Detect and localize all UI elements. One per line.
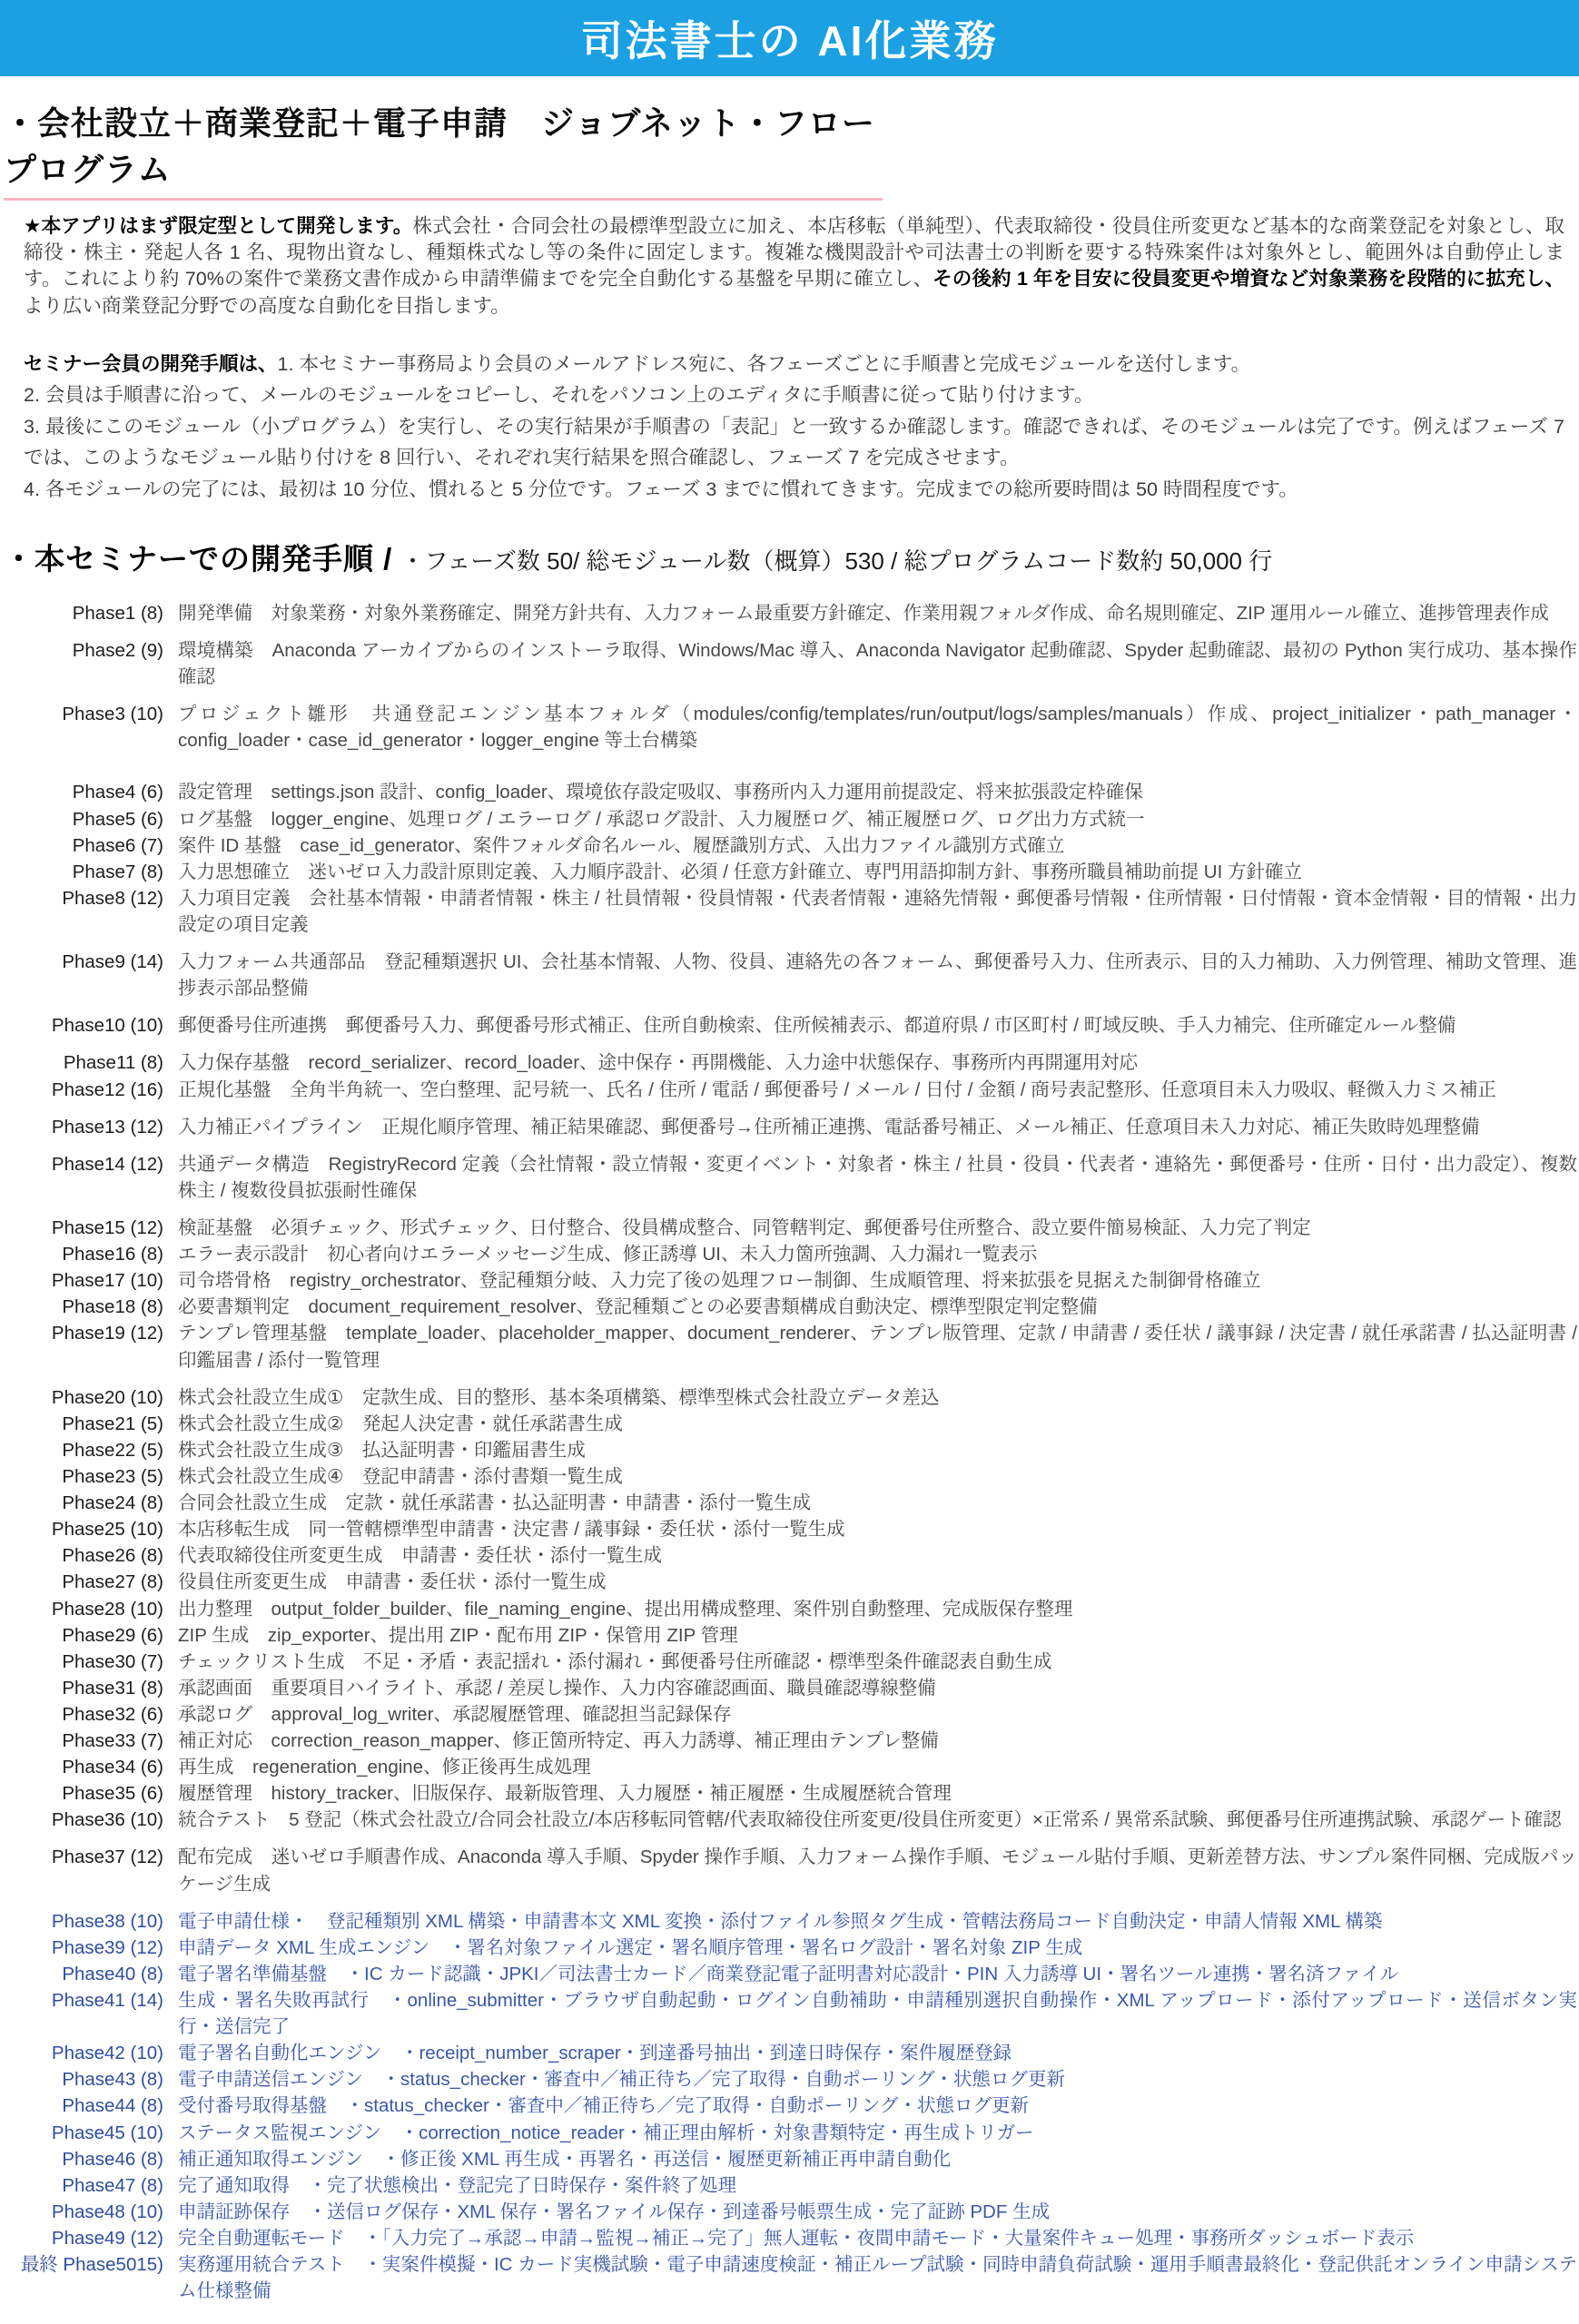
phase-label: Phase21 (5) xyxy=(0,1411,178,1437)
phase-description: プロジェクト雛形 共通登記エンジン基本フォルダ（modules/config/t… xyxy=(178,701,1579,753)
phase-label: Phase6 (7) xyxy=(0,832,178,859)
phase-row: Phase36 (10) 統合テスト 5 登記（株式会社設立/合同会社設立/本店… xyxy=(0,1807,1579,1833)
phase-label: Phase25 (10) xyxy=(0,1516,178,1542)
phase-row: Phase14 (12) 共通データ構造 RegistryRecord 定義（会… xyxy=(0,1151,1579,1204)
phase-description: ログ基盤 logger_engine、処理ログ / エラーログ / 承認ログ設計… xyxy=(178,806,1579,832)
phase-row: Phase22 (5) 株式会社設立生成③ 払込証明書・印鑑届書生成 xyxy=(0,1437,1579,1463)
phase-label: Phase23 (5) xyxy=(0,1463,178,1490)
phase-label: Phase49 (12) xyxy=(0,2225,178,2251)
phase-label: Phase24 (8) xyxy=(0,1490,178,1516)
phase-row: Phase3 (10) プロジェクト雛形 共通登記エンジン基本フォルダ（modu… xyxy=(0,701,1579,753)
phase-row: Phase48 (10) 申請証跡保存 ・送信ログ保存・XML 保存・署名ファイ… xyxy=(0,2199,1579,2225)
phase-label: Phase2 (9) xyxy=(0,637,178,690)
phase-row: Phase37 (12) 配布完成 迷いゼロ手順書作成、Anaconda 導入手… xyxy=(0,1844,1579,1896)
phase-description: 案件 ID 基盤 case_id_generator、案件フォルダ命名ルール、履… xyxy=(178,832,1579,859)
phase-description: 生成・署名失敗再試行 ・online_submitter・ブラウザ自動起動・ログ… xyxy=(178,1987,1579,2040)
phase-row: Phase19 (12) テンプレ管理基盤 template_loader、pl… xyxy=(0,1320,1579,1373)
phase-label: Phase26 (8) xyxy=(0,1542,178,1569)
phase-label: 最終 Phase5015) xyxy=(0,2251,178,2304)
phase-description: 電子申請仕様・ 登記種類別 XML 構築・申請書本文 XML 変換・添付ファイル… xyxy=(178,1908,1579,1935)
phase-row: Phase18 (8) 必要書類判定 document_requirement_… xyxy=(0,1294,1579,1320)
phase-description: 入力保存基盤 record_serializer、record_loader、途… xyxy=(178,1049,1579,1076)
section2-title: ・本セミナーでの開発手順 / ・フェーズ数 50/ 総モジュール数（概算）530… xyxy=(4,536,1579,578)
phase-row: Phase31 (8) 承認画面 重要項目ハイライト、承認 / 差戻し操作、入力… xyxy=(0,1675,1579,1701)
phase-label: Phase12 (16) xyxy=(0,1077,178,1103)
phase-description: 株式会社設立生成② 発起人決定書・就任承諾書生成 xyxy=(178,1411,1579,1437)
phase-description: 株式会社設立生成③ 払込証明書・印鑑届書生成 xyxy=(178,1437,1579,1463)
phase-row: Phase9 (14) 入力フォーム共通部品 登記種類選択 UI、会社基本情報、… xyxy=(0,949,1579,1001)
phase-label: Phase38 (10) xyxy=(0,1908,178,1935)
phase-description: ステータス監視エンジン ・correction_notice_reader・補正… xyxy=(178,2120,1579,2146)
phase-description: 電子署名準備基盤 ・IC カード認識・JPKI／司法書士カード／商業登記電子証明… xyxy=(178,1961,1579,1987)
phase-description: エラー表示設計 初心者向けエラーメッセージ生成、修正誘導 UI、未入力箇所強調、… xyxy=(178,1241,1579,1267)
phase-row: Phase47 (8) 完了通知取得 ・完了状態検出・登記完了日時保存・案件終了… xyxy=(0,2172,1579,2199)
phase-description: 合同会社設立生成 定款・就任承諾書・払込証明書・申請書・添付一覧生成 xyxy=(178,1490,1579,1516)
phase-description: 申請証跡保存 ・送信ログ保存・XML 保存・署名ファイル保存・到達番号帳票生成・… xyxy=(178,2199,1579,2225)
phase-description: 設定管理 settings.json 設計、config_loader、環境依存… xyxy=(178,779,1579,805)
phase-description: 電子申請送信エンジン ・status_checker・審査中／補正待ち／完了取得… xyxy=(178,2066,1579,2093)
phase-label: Phase30 (7) xyxy=(0,1649,178,1675)
phase-row: Phase11 (8) 入力保存基盤 record_serializer、rec… xyxy=(0,1049,1579,1076)
phase-label: Phase17 (10) xyxy=(0,1267,178,1294)
phase-description: 申請データ XML 生成エンジン ・署名対象ファイル選定・署名順序管理・署名ログ… xyxy=(178,1935,1579,1961)
phase-list: Phase1 (8) 開発準備 対象業務・対象外業務確定、開発方針共有、入力フォ… xyxy=(0,600,1579,2304)
phase-label: Phase19 (12) xyxy=(0,1320,178,1373)
phase-description: 役員住所変更生成 申請書・委任状・添付一覧生成 xyxy=(178,1569,1579,1595)
phase-row: Phase23 (5) 株式会社設立生成④ 登記申請書・添付書類一覧生成 xyxy=(0,1463,1579,1490)
page-title: 司法書士の AI化業務 xyxy=(581,8,999,68)
phase-row: Phase8 (12) 入力項目定義 会社基本情報・申請者情報・株主 / 社員情… xyxy=(0,885,1579,938)
phase-row: Phase24 (8) 合同会社設立生成 定款・就任承諾書・払込証明書・申請書・… xyxy=(0,1490,1579,1516)
phase-description: 本店移転生成 同一管轄標準型申請書・決定書 / 議事録・委任状・添付一覧生成 xyxy=(178,1516,1579,1542)
phase-label: Phase8 (12) xyxy=(0,885,178,938)
phase-description: 承認ログ approval_log_writer、承認履歴管理、確認担当記録保存 xyxy=(178,1701,1579,1728)
phase-description: 統合テスト 5 登記（株式会社設立/合同会社設立/本店移転同管轄/代表取締役住所… xyxy=(178,1807,1579,1833)
phase-label: Phase37 (12) xyxy=(0,1844,178,1896)
phase-label: Phase27 (8) xyxy=(0,1569,178,1595)
phase-row: Phase25 (10) 本店移転生成 同一管轄標準型申請書・決定書 / 議事録… xyxy=(0,1516,1579,1542)
phase-label: Phase14 (12) xyxy=(0,1151,178,1204)
procedure-step: 3. 最後にこのモジュール（小プログラム）を実行し、その実行結果が手順書の「表記… xyxy=(24,411,1564,474)
phase-description: 承認画面 重要項目ハイライト、承認 / 差戻し操作、入力内容確認画面、職員確認導… xyxy=(178,1675,1579,1701)
phase-label: Phase1 (8) xyxy=(0,600,178,626)
phase-row: Phase17 (10) 司令塔骨格 registry_orchestrator… xyxy=(0,1267,1579,1294)
phase-row: 最終 Phase5015) 実務運用統合テスト ・実案件模擬・IC カード実機試… xyxy=(0,2251,1579,2304)
phase-row: Phase13 (12) 入力補正パイプライン 正規化順序管理、補正結果確認、郵… xyxy=(0,1114,1579,1140)
phase-row: Phase39 (12) 申請データ XML 生成エンジン ・署名対象ファイル選… xyxy=(0,1935,1579,1961)
section2-title-main: ・本セミナーでの開発手順 / xyxy=(4,542,392,576)
phase-row: Phase34 (6) 再生成 regeneration_engine、修正後再… xyxy=(0,1754,1579,1780)
phase-description: 出力整理 output_folder_builder、file_naming_e… xyxy=(178,1596,1579,1622)
procedure-step: 2. 会員は手順書に沿って、メールのモジュールをコピーし、それをパソコン上のエデ… xyxy=(24,379,1564,410)
phase-description: 完了通知取得 ・完了状態検出・登記完了日時保存・案件終了処理 xyxy=(178,2172,1579,2199)
phase-row: Phase28 (10) 出力整理 output_folder_builder、… xyxy=(0,1596,1579,1622)
phase-description: 株式会社設立生成① 定款生成、目的整形、基本条項構築、標準型株式会社設立データ差… xyxy=(178,1384,1579,1411)
phase-label: Phase4 (6) xyxy=(0,779,178,805)
phase-label: Phase36 (10) xyxy=(0,1807,178,1833)
phase-row: Phase10 (10) 郵便番号住所連携 郵便番号入力、郵便番号形式補正、住所… xyxy=(0,1012,1579,1039)
phase-label: Phase33 (7) xyxy=(0,1728,178,1754)
phase-label: Phase47 (8) xyxy=(0,2172,178,2199)
phase-row: Phase40 (8) 電子署名準備基盤 ・IC カード認識・JPKI／司法書士… xyxy=(0,1961,1579,1987)
phase-description: 実務運用統合テスト ・実案件模擬・IC カード実機試験・電子申請速度検証・補正ル… xyxy=(178,2251,1579,2304)
phase-description: 配布完成 迷いゼロ手順書作成、Anaconda 導入手順、Spyder 操作手順… xyxy=(178,1844,1579,1896)
phase-label: Phase45 (10) xyxy=(0,2120,178,2146)
phase-row: Phase41 (14) 生成・署名失敗再試行 ・online_submitte… xyxy=(0,1987,1579,2040)
phase-label: Phase46 (8) xyxy=(0,2146,178,2172)
phase-label: Phase44 (8) xyxy=(0,2093,178,2119)
section2-title-note: ・フェーズ数 50/ 総モジュール数（概算）530 / 総プログラムコード数約 … xyxy=(401,547,1273,575)
phase-row: Phase44 (8) 受付番号取得基盤 ・status_checker・審査中… xyxy=(0,2093,1579,2119)
phase-description: 検証基盤 必須チェック、形式チェック、日付整合、役員構成整合、同管轄判定、郵便番… xyxy=(178,1215,1579,1241)
phase-description: 入力思想確立 迷いゼロ入力設計原則定義、入力順序設計、必須 / 任意方針確立、専… xyxy=(178,859,1579,885)
page-header: 司法書士の AI化業務 xyxy=(0,0,1579,76)
phase-description: チェックリスト生成 不足・矛盾・表記揺れ・添付漏れ・郵便番号住所確認・標準型条件… xyxy=(178,1649,1579,1675)
phase-row: Phase21 (5) 株式会社設立生成② 発起人決定書・就任承諾書生成 xyxy=(0,1411,1579,1437)
phase-label: Phase15 (12) xyxy=(0,1215,178,1241)
phase-label: Phase10 (10) xyxy=(0,1012,178,1039)
phase-row: Phase7 (8) 入力思想確立 迷いゼロ入力設計原則定義、入力順序設計、必須… xyxy=(0,859,1579,885)
phase-label: Phase20 (10) xyxy=(0,1384,178,1411)
phase-description: 再生成 regeneration_engine、修正後再生成処理 xyxy=(178,1754,1579,1780)
phase-row: Phase35 (6) 履歴管理 history_tracker、旧版保存、最新… xyxy=(0,1780,1579,1807)
phase-description: 環境構築 Anaconda アーカイブからのインストーラ取得、Windows/M… xyxy=(178,637,1579,690)
phase-description: 司令塔骨格 registry_orchestrator、登記種類分岐、入力完了後… xyxy=(178,1267,1579,1294)
phase-row: Phase20 (10) 株式会社設立生成① 定款生成、目的整形、基本条項構築、… xyxy=(0,1384,1579,1411)
phase-label: Phase35 (6) xyxy=(0,1780,178,1807)
phase-row: Phase16 (8) エラー表示設計 初心者向けエラーメッセージ生成、修正誘導… xyxy=(0,1241,1579,1267)
phase-row: Phase26 (8) 代表取締役住所変更生成 申請書・委任状・添付一覧生成 xyxy=(0,1542,1579,1569)
section1-title: ・会社設立＋商業登記＋電子申請 ジョブネット・フロープログラム xyxy=(4,98,883,201)
phase-description: 株式会社設立生成④ 登記申請書・添付書類一覧生成 xyxy=(178,1463,1579,1490)
phase-description: 補正対応 correction_reason_mapper、修正箇所特定、再入力… xyxy=(178,1728,1579,1754)
procedure-paragraph: セミナー会員の開発手順は、1. 本セミナー事務局より会員のメールアドレス宛に、各… xyxy=(24,349,1564,505)
phase-description: ZIP 生成 zip_exporter、提出用 ZIP・配布用 ZIP・保管用 … xyxy=(178,1622,1579,1649)
phase-row: Phase32 (6) 承認ログ approval_log_writer、承認履… xyxy=(0,1701,1579,1728)
phase-label: Phase48 (10) xyxy=(0,2199,178,2225)
phase-label: Phase5 (6) xyxy=(0,806,178,832)
procedure-step: セミナー会員の開発手順は、1. 本セミナー事務局より会員のメールアドレス宛に、各… xyxy=(24,349,1564,379)
phase-label: Phase22 (5) xyxy=(0,1437,178,1463)
phase-label: Phase31 (8) xyxy=(0,1675,178,1701)
phase-row: Phase1 (8) 開発準備 対象業務・対象外業務確定、開発方針共有、入力フォ… xyxy=(0,600,1579,626)
phase-row: Phase43 (8) 電子申請送信エンジン ・status_checker・審… xyxy=(0,2066,1579,2093)
phase-label: Phase39 (12) xyxy=(0,1935,178,1961)
phase-label: Phase29 (6) xyxy=(0,1622,178,1649)
procedure-step: 4. 各モジュールの完了には、最初は 10 分位、慣れると 5 分位です。フェー… xyxy=(24,474,1564,505)
phase-label: Phase3 (10) xyxy=(0,701,178,753)
phase-label: Phase9 (14) xyxy=(0,949,178,1001)
phase-row: Phase30 (7) チェックリスト生成 不足・矛盾・表記揺れ・添付漏れ・郵便… xyxy=(0,1649,1579,1675)
phase-description: 履歴管理 history_tracker、旧版保存、最新版管理、入力履歴・補正履… xyxy=(178,1780,1579,1807)
phase-row: Phase49 (12) 完全自動運転モード ・「入力完了→承認→申請→監視→補… xyxy=(0,2225,1579,2251)
phase-label: Phase13 (12) xyxy=(0,1114,178,1140)
phase-row: Phase29 (6) ZIP 生成 zip_exporter、提出用 ZIP・… xyxy=(0,1622,1579,1649)
phase-description: 受付番号取得基盤 ・status_checker・審査中／補正待ち／完了取得・自… xyxy=(178,2093,1579,2119)
phase-row: Phase6 (7) 案件 ID 基盤 case_id_generator、案件… xyxy=(0,832,1579,859)
phase-row: Phase46 (8) 補正通知取得エンジン ・修正後 XML 再生成・再署名・… xyxy=(0,2146,1579,2172)
phase-description: 補正通知取得エンジン ・修正後 XML 再生成・再署名・再送信・履歴更新補正再申… xyxy=(178,2146,1579,2172)
phase-label: Phase16 (8) xyxy=(0,1241,178,1267)
phase-description: 正規化基盤 全角半角統一、空白整理、記号統一、氏名 / 住所 / 電話 / 郵便… xyxy=(178,1077,1579,1103)
section-program: ・会社設立＋商業登記＋電子申請 ジョブネット・フロープログラム ★本アプリはまず… xyxy=(0,98,1579,505)
phase-description: 完全自動運転モード ・「入力完了→承認→申請→監視→補正→完了」無人運転・夜間申… xyxy=(178,2225,1579,2251)
phase-label: Phase40 (8) xyxy=(0,1961,178,1987)
phase-description: 入力項目定義 会社基本情報・申請者情報・株主 / 社員情報・役員情報・代表者情報… xyxy=(178,885,1579,938)
phase-row: Phase2 (9) 環境構築 Anaconda アーカイブからのインストーラ取… xyxy=(0,637,1579,690)
phase-label: Phase34 (6) xyxy=(0,1754,178,1780)
phase-label: Phase18 (8) xyxy=(0,1294,178,1320)
phase-row: Phase12 (16) 正規化基盤 全角半角統一、空白整理、記号統一、氏名 /… xyxy=(0,1077,1579,1103)
phase-description: 入力フォーム共通部品 登記種類選択 UI、会社基本情報、人物、役員、連絡先の各フ… xyxy=(178,949,1579,1001)
phase-row: Phase33 (7) 補正対応 correction_reason_mappe… xyxy=(0,1728,1579,1754)
phase-label: Phase41 (14) xyxy=(0,1987,178,2040)
phase-row: Phase5 (6) ログ基盤 logger_engine、処理ログ / エラー… xyxy=(0,806,1579,832)
phase-description: テンプレ管理基盤 template_loader、placeholder_map… xyxy=(178,1320,1579,1373)
phase-row: Phase45 (10) ステータス監視エンジン ・correction_not… xyxy=(0,2120,1579,2146)
phase-description: 電子署名自動化エンジン ・receipt_number_scraper・到達番号… xyxy=(178,2040,1579,2066)
section-phases: ・本セミナーでの開発手順 / ・フェーズ数 50/ 総モジュール数（概算）530… xyxy=(0,536,1579,2304)
phase-label: Phase43 (8) xyxy=(0,2066,178,2093)
phase-description: 入力補正パイプライン 正規化順序管理、補正結果確認、郵便番号→住所補正連携、電話… xyxy=(178,1114,1579,1140)
phase-row: Phase38 (10) 電子申請仕様・ 登記種類別 XML 構築・申請書本文 … xyxy=(0,1908,1579,1935)
phase-description: 開発準備 対象業務・対象外業務確定、開発方針共有、入力フォーム最重要方針確定、作… xyxy=(178,600,1579,626)
phase-row: Phase27 (8) 役員住所変更生成 申請書・委任状・添付一覧生成 xyxy=(0,1569,1579,1595)
phase-description: 郵便番号住所連携 郵便番号入力、郵便番号形式補正、住所自動検索、住所候補表示、都… xyxy=(178,1012,1579,1039)
phase-label: Phase28 (10) xyxy=(0,1596,178,1622)
phase-label: Phase32 (6) xyxy=(0,1701,178,1728)
phase-description: 必要書類判定 document_requirement_resolver、登記種… xyxy=(178,1294,1579,1320)
phase-description: 共通データ構造 RegistryRecord 定義（会社情報・設立情報・変更イベ… xyxy=(178,1151,1579,1204)
phase-label: Phase7 (8) xyxy=(0,859,178,885)
phase-description: 代表取締役住所変更生成 申請書・委任状・添付一覧生成 xyxy=(178,1542,1579,1569)
phase-label: Phase11 (8) xyxy=(0,1049,178,1076)
phase-row: Phase4 (6) 設定管理 settings.json 設計、config_… xyxy=(0,779,1579,805)
intro-paragraph: ★本アプリはまず限定型として開発します。株式会社・合同会社の最標準型設立に加え、… xyxy=(24,213,1564,320)
phase-row: Phase15 (12) 検証基盤 必須チェック、形式チェック、日付整合、役員構… xyxy=(0,1215,1579,1241)
phase-row: Phase42 (10) 電子署名自動化エンジン ・receipt_number… xyxy=(0,2040,1579,2066)
phase-label: Phase42 (10) xyxy=(0,2040,178,2066)
